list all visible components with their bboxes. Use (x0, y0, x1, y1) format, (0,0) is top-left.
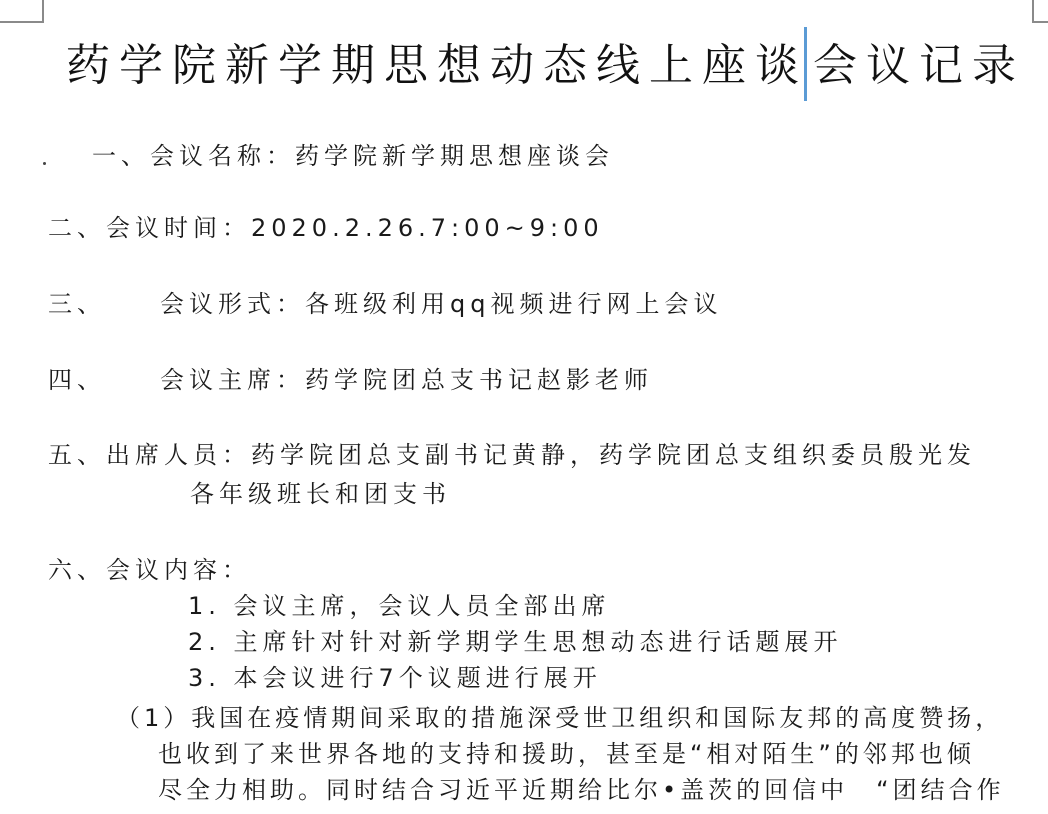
content-label: 六、会议内容： (48, 556, 251, 584)
meeting-time-line[interactable]: 二、会议时间：2020.2.26.7:00~9:00 (48, 212, 604, 244)
content-heading-line[interactable]: 六、会议内容： (48, 554, 251, 586)
meeting-form-number: 三、 (48, 290, 106, 318)
attendees-line-2[interactable]: 各年级班长和团支书 (190, 478, 451, 510)
topic-1-text-3[interactable]: 尽全力相助。同时结合习近平近期给比尔•盖茨的回信中 “团结合作 (158, 776, 1005, 804)
document-page[interactable]: 药学院新学期思想动态线上座谈会议记录 一、会议名称：药学院新学期思想座谈会 二、… (0, 0, 1048, 814)
meeting-name-value[interactable]: 药学院新学期思想座谈会 (295, 142, 614, 170)
content-item-1[interactable]: 1. 会议主席，会议人员全部出席 (188, 590, 611, 622)
meeting-name-label: 一、会议名称： (92, 142, 295, 170)
meeting-form-line[interactable]: 三、会议形式：各班级利用qq视频进行网上会议 (48, 288, 722, 320)
meeting-chair-value[interactable]: 药学院团总支书记赵影老师 (305, 366, 653, 394)
topic-1-text-2[interactable]: 也收到了来世界各地的支持和援助，甚至是“相对陌生”的邻邦也倾 (158, 740, 975, 768)
topic-1-line-2[interactable]: 也收到了来世界各地的支持和援助，甚至是“相对陌生”的邻邦也倾 (158, 738, 975, 770)
meeting-chair-number: 四、 (48, 366, 106, 394)
meeting-chair-label: 会议主席： (160, 366, 305, 394)
meeting-time-label: 二、会议时间： (48, 214, 251, 242)
title-part-2[interactable]: 会议记录 (813, 40, 1025, 91)
document-title[interactable]: 药学院新学期思想动态线上座谈会议记录 (66, 34, 1025, 101)
content-item-2[interactable]: 2. 主席针对针对新学期学生思想动态进行话题展开 (188, 626, 843, 658)
attendees-line[interactable]: 五、出席人员：药学院团总支副书记黄静，药学院团总支组织委员殷光发 (48, 439, 976, 471)
topic-1-text-1[interactable]: （1）我国在疫情期间采取的措施深受世卫组织和国际友邦的高度赞扬， (116, 704, 1003, 732)
crop-mark-top-left (0, 0, 44, 23)
text-cursor (804, 27, 807, 101)
meeting-form-label: 会议形式： (160, 290, 305, 318)
meeting-chair-line[interactable]: 四、会议主席：药学院团总支书记赵影老师 (48, 364, 653, 396)
topic-1-line-3[interactable]: 尽全力相助。同时结合习近平近期给比尔•盖茨的回信中 “团结合作 (158, 774, 1005, 806)
crop-mark-top-right (1032, 0, 1048, 23)
meeting-form-value[interactable]: 各班级利用qq视频进行网上会议 (305, 290, 722, 318)
meeting-name-line[interactable]: 一、会议名称：药学院新学期思想座谈会 (92, 140, 614, 172)
content-item-text[interactable]: 2. 主席针对针对新学期学生思想动态进行话题展开 (188, 628, 843, 656)
attendees-value-1[interactable]: 药学院团总支副书记黄静，药学院团总支组织委员殷光发 (251, 441, 976, 469)
content-item-text[interactable]: 1. 会议主席，会议人员全部出席 (188, 592, 611, 620)
attendees-label: 五、出席人员： (48, 441, 251, 469)
content-item-3[interactable]: 3. 本会议进行7个议题进行展开 (188, 662, 602, 694)
stray-mark (43, 162, 46, 165)
attendees-value-2[interactable]: 各年级班长和团支书 (190, 480, 451, 508)
topic-1-line-1[interactable]: （1）我国在疫情期间采取的措施深受世卫组织和国际友邦的高度赞扬， (116, 702, 1003, 734)
title-part-1[interactable]: 药学院新学期思想动态线上座谈 (66, 40, 808, 91)
meeting-time-value[interactable]: 2020.2.26.7:00~9:00 (251, 214, 604, 242)
content-item-text[interactable]: 3. 本会议进行7个议题进行展开 (188, 664, 602, 692)
